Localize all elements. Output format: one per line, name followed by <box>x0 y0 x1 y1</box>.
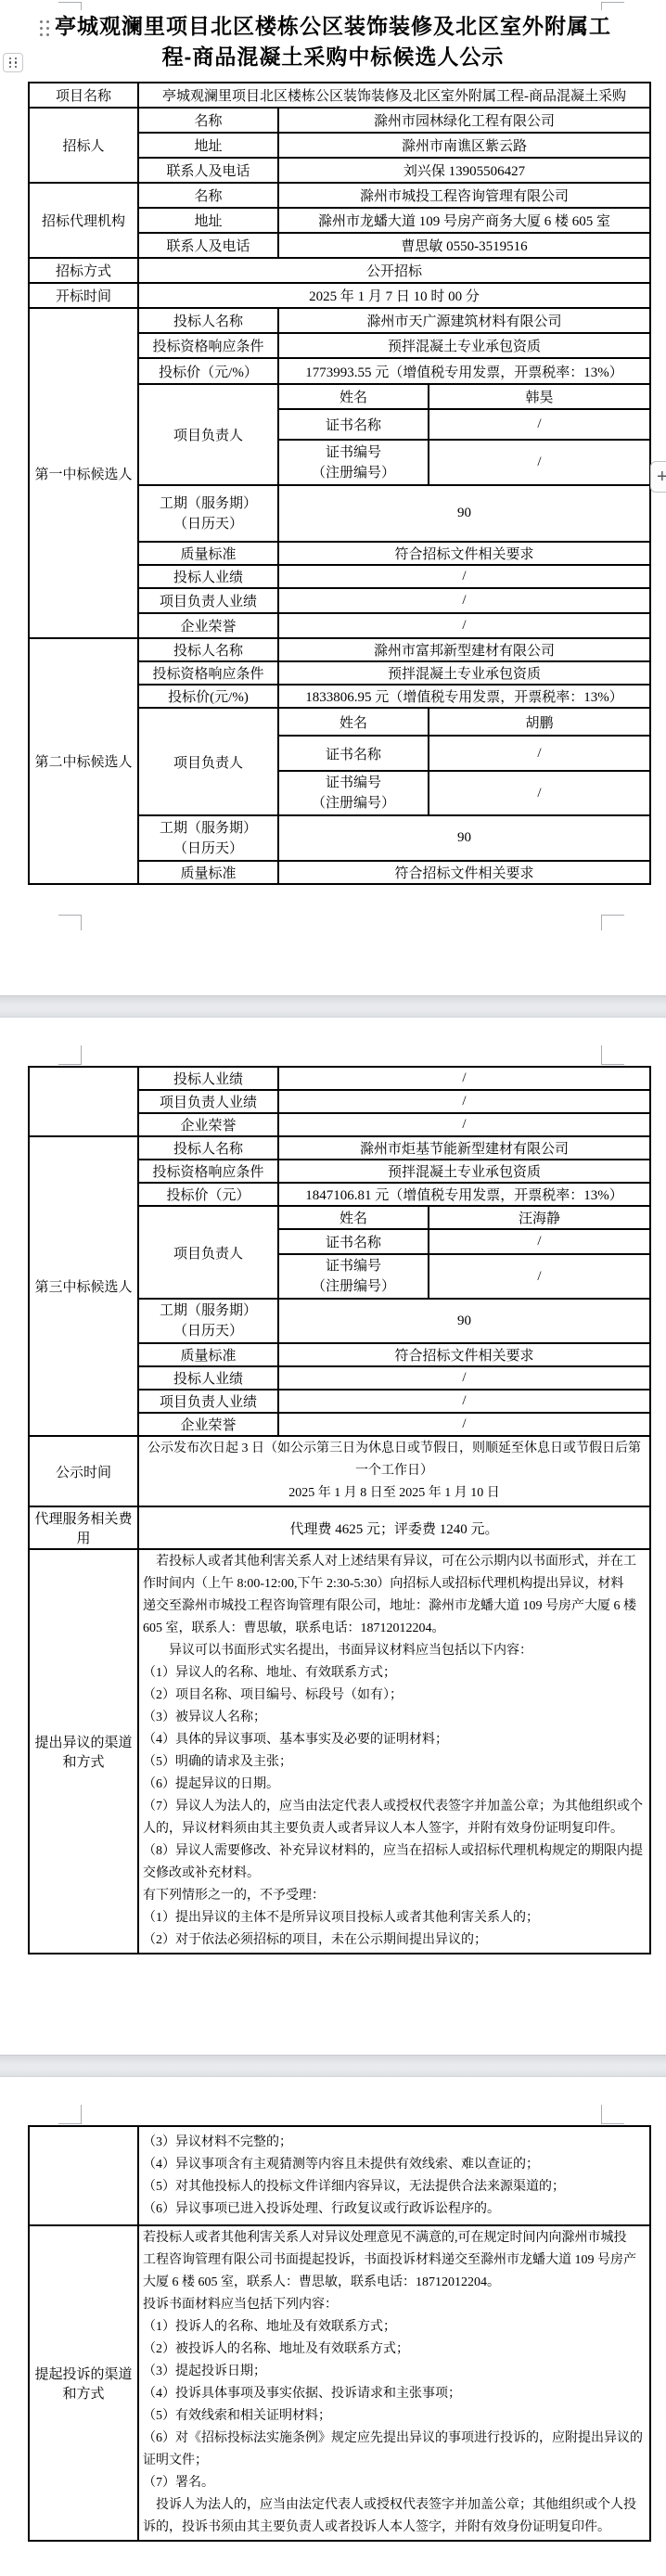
announcement-table-page2: 投标人业绩/项目负责人业绩/企业荣誉/第三中标候选人投标人名称滁州市炬基节能新型… <box>28 1066 651 1954</box>
value-cell: 滁州市园林绿化工程有限公司 <box>278 108 650 133</box>
value-cell: 90 <box>278 485 650 542</box>
label-complaint-channel: 提起投诉的渠道和方式 <box>29 2225 138 2541</box>
text-line: 若投标人或者其他利害关系人对上述结果有异议，可在公示期内以书面形式，并在工 <box>143 1551 646 1573</box>
row-label: 项目负责人 <box>138 708 278 815</box>
table-row: 公示时间公示发布次日起 3 日（如公示第三日为休息日或节假日，则顺延至休息日或节… <box>29 1436 650 1506</box>
text-line: 作时间内（上午 8:00-12:00,下午 2:30-5:30）向招标人或招标代… <box>143 1573 646 1596</box>
table-row: 第三中标候选人投标人名称滁州市炬基节能新型建材有限公司 <box>29 1136 650 1160</box>
text-line: （1）投诉人的名称、地址及有效联系方式； <box>143 2316 646 2339</box>
text-line: （3）异议材料不完整的； <box>143 2132 646 2154</box>
margin-corner-mark <box>601 2105 624 2124</box>
row-label: 招标方式 <box>29 258 138 283</box>
row-label: 投标人业绩 <box>138 1067 278 1090</box>
value-cell: / <box>429 736 650 771</box>
text-line: 公示发布次日起 3 日（如公示第三日为休息日或节假日，则顺延至休息日或节假日后第 <box>143 1438 646 1460</box>
text-line: （5）对其他投标人的投标文件详细内容异议，无法提供合法来源渠道的； <box>143 2176 646 2198</box>
row-label: 质量标准 <box>138 861 278 884</box>
value-cell: 90 <box>278 1299 650 1343</box>
row-label: 投标人业绩 <box>138 1366 278 1390</box>
label-agency: 招标代理机构 <box>29 183 138 258</box>
value-cell: 滁州市天广源建筑材料有限公司 <box>278 308 650 333</box>
margin-corner-mark <box>58 2 82 10</box>
value-cell: / <box>278 1090 650 1113</box>
text-line: 证书编号 <box>283 442 424 463</box>
text-line: 若投标人或者其他利害关系人对异议处理意见不满意的,可在规定时间内向滁州市城投 <box>143 2227 646 2249</box>
text-line: （日历天） <box>143 514 274 534</box>
row-label: 地址 <box>138 133 278 158</box>
label-third-candidate: 第三中标候选人 <box>29 1136 138 1436</box>
table-drag-handle-icon[interactable] <box>3 53 23 72</box>
table-row: 项目名称亭城观澜里项目北区楼栋公区装饰装修及北区室外附属工程-商品混凝土采购 <box>29 83 650 108</box>
value-cell: 符合招标文件相关要求 <box>278 1343 650 1366</box>
row-label: 质量标准 <box>138 1343 278 1366</box>
text-line: （4）投诉具体事项及事实依据、投诉请求和主张事项； <box>143 2383 646 2405</box>
page-separator <box>0 2055 666 2077</box>
text-line: （日历天） <box>143 839 274 859</box>
value-cell: / <box>278 1113 650 1136</box>
value-cell: 预拌混凝土专业承包资质 <box>278 333 650 358</box>
value-cell: 汪海静 <box>429 1206 650 1229</box>
row-label: 投标价（元） <box>138 1183 278 1206</box>
text-objection-channel: 若投标人或者其他利害关系人对上述结果有异议，可在公示期内以书面形式，并在工作时间… <box>138 1549 650 1954</box>
text-line: （2）项目名称、项目编号、标段号（如有）； <box>143 1685 646 1707</box>
row-label: 投标人名称 <box>138 1136 278 1160</box>
value-cell: 滁州市炬基节能新型建材有限公司 <box>278 1136 650 1160</box>
value-publicity-period: 公示发布次日起 3 日（如公示第三日为休息日或节假日，则顺延至休息日或节假日后第… <box>138 1436 650 1506</box>
text-line: 工程咨询管理有限公司书面提起投诉，书面投诉材料递交至滁州市龙蟠大道 109 号房… <box>143 2249 646 2272</box>
text-line: （7）异议人为法人的，应当由法定代表人或授权代表签字并加盖公章；为其他组织或个 <box>143 1796 646 1818</box>
value-cell: / <box>429 771 650 815</box>
value-project-name: 亭城观澜里项目北区楼栋公区装饰装修及北区室外附属工程-商品混凝土采购 <box>138 83 650 108</box>
row-label: 投标资格响应条件 <box>138 661 278 685</box>
text-line: （2）被投诉人的名称、地址及有效联系方式； <box>143 2339 646 2361</box>
row-label: 项目负责人业绩 <box>138 588 278 613</box>
six-dots-grip-icon <box>9 58 18 69</box>
label-project-name: 项目名称 <box>29 83 138 108</box>
value-cell: 刘兴保 13905506427 <box>278 158 650 183</box>
row-label: 投标人名称 <box>138 638 278 661</box>
value-cell: / <box>429 1254 650 1299</box>
row-label: 联系人及电话 <box>138 158 278 183</box>
value-cell: 2025 年 1 月 7 日 10 时 00 分 <box>138 283 650 308</box>
row-label: 开标时间 <box>29 283 138 308</box>
row-label: 名称 <box>138 183 278 208</box>
row-label: 投标资格响应条件 <box>138 1160 278 1183</box>
row-label: 投标价（元/%） <box>138 358 278 384</box>
text-line: 异议可以书面形式实名提出，书面异议材料应当包括以下内容： <box>143 1640 646 1662</box>
table-row: 开标时间2025 年 1 月 7 日 10 时 00 分 <box>29 283 650 308</box>
row-label: 项目负责人 <box>138 1206 278 1299</box>
row-label: 工期（服务期）（日历天） <box>138 485 278 542</box>
plus-icon: + <box>657 467 666 488</box>
text-line: 工期（服务期） <box>143 1301 274 1321</box>
value-cell: / <box>278 588 650 613</box>
value-cell: / <box>278 1067 650 1090</box>
continuation-cell <box>29 2126 138 2225</box>
row-label: 证书编号（注册编号） <box>278 440 429 485</box>
table-row: 提起投诉的渠道和方式若投标人或者其他利害关系人对异议处理意见不满意的,可在规定时… <box>29 2225 650 2541</box>
margin-corner-mark <box>58 1045 82 1065</box>
add-row-button[interactable]: + <box>650 461 666 493</box>
text-line: （3）提起投诉日期； <box>143 2361 646 2383</box>
margin-corner-mark <box>601 1045 624 1065</box>
value-cell: 公开招标 <box>138 258 650 283</box>
label-objection-channel: 提出异议的渠道和方式 <box>29 1549 138 1954</box>
value-agency-fee: 代理费 4625 元；评委费 1240 元。 <box>138 1506 650 1549</box>
row-label: 证书编号（注册编号） <box>278 771 429 815</box>
row-label: 企业荣誉 <box>138 1413 278 1436</box>
value-cell: 滁州市龙蟠大道 109 号房产商务大厦 6 楼 605 室 <box>278 208 650 233</box>
row-label: 企业荣誉 <box>138 1113 278 1136</box>
page-separator <box>0 995 666 1018</box>
value-cell: 滁州市城投工程咨询管理有限公司 <box>278 183 650 208</box>
row-label: 投标价(元/%) <box>138 685 278 708</box>
row-label: 姓名 <box>278 708 429 736</box>
row-label: 项目负责人业绩 <box>138 1090 278 1113</box>
table-row: （3）异议材料不完整的；（4）异议事项含有主观猜测等内容且未提供有效线索、难以查… <box>29 2126 650 2225</box>
row-label: 工期（服务期）（日历天） <box>138 815 278 861</box>
document-page-2: 投标人业绩/项目负责人业绩/企业荣誉/第三中标候选人投标人名称滁州市炬基节能新型… <box>0 1018 666 2055</box>
value-cell: / <box>278 1390 650 1413</box>
row-label: 联系人及电话 <box>138 233 278 258</box>
text-line: （6）对《招标投标法实施条例》规定应先提出异议的事项进行投诉的，应附提出异议的 <box>143 2428 646 2450</box>
value-cell: 1833806.95 元（增值税专用发票，开票税率：13%） <box>278 685 650 708</box>
text-line: 2025 年 1 月 8 日至 2025 年 1 月 10 日 <box>143 1482 646 1505</box>
label-tenderer: 招标人 <box>29 108 138 183</box>
value-cell: 滁州市富邦新型建材有限公司 <box>278 638 650 661</box>
value-cell: / <box>278 565 650 588</box>
row-label: 证书编号（注册编号） <box>278 1254 429 1299</box>
value-cell: / <box>429 409 650 440</box>
table-row: 第二中标候选人投标人名称滁州市富邦新型建材有限公司 <box>29 638 650 661</box>
value-cell: / <box>278 613 650 638</box>
text-line: 人的，异议材料须由其主要负责人或者异议人本人签字，并附有效身份证明复印件。 <box>143 1818 646 1840</box>
table-row: 代理服务相关费用代理费 4625 元；评委费 1240 元。 <box>29 1506 650 1549</box>
margin-corner-mark <box>601 2 624 10</box>
text-line: （6）提起异议的日期。 <box>143 1774 646 1796</box>
text-line: （5）明确的请求及主张； <box>143 1751 646 1774</box>
row-label: 投标资格响应条件 <box>138 333 278 358</box>
value-cell: / <box>429 1229 650 1254</box>
announcement-table-page3: （3）异议材料不完整的；（4）异议事项含有主观猜测等内容且未提供有效线索、难以查… <box>28 2125 651 2542</box>
text-line: （5）有效线索和相关证明材料； <box>143 2405 646 2428</box>
text-line: 工期（服务期） <box>143 818 274 839</box>
row-label: 姓名 <box>278 384 429 409</box>
text-line: （8）异议人需要修改、补充异议材料的，应当在招标人或招标代理机构规定的期限内提 <box>143 1840 646 1863</box>
value-cell: / <box>429 440 650 485</box>
text-line: （日历天） <box>143 1321 274 1341</box>
label-agency-fee: 代理服务相关费用 <box>29 1506 138 1549</box>
text-line: 诉的，投诉书须由其主要负责人或者投诉人本人签字，并附有效身份证明复印件。 <box>143 2517 646 2539</box>
margin-corner-mark <box>601 915 624 930</box>
text-line: （4）异议事项含有主观猜测等内容且未提供有效线索、难以查证的； <box>143 2154 646 2176</box>
table-row: 招标方式公开招标 <box>29 258 650 283</box>
page-title: 亭城观澜里项目北区楼栋公区装饰装修及北区室外附属工 程-商品混凝土采购中标候选人… <box>55 11 611 72</box>
text-line: 工期（服务期） <box>143 493 274 514</box>
text-line: （注册编号） <box>283 793 424 814</box>
text-line: （6）异议事项已进入投诉处理、行政复议或行政诉讼程序的。 <box>143 2198 646 2221</box>
text-line: （3）被异议人名称； <box>143 1707 646 1729</box>
text-line: 证明文件； <box>143 2450 646 2472</box>
table-row: 投标人业绩/ <box>29 1067 650 1090</box>
value-cell: / <box>278 1413 650 1436</box>
text-objection-channel-cont: （3）异议材料不完整的；（4）异议事项含有主观猜测等内容且未提供有效线索、难以查… <box>138 2126 650 2225</box>
margin-corner-mark <box>58 2105 82 2124</box>
table-row: 招标人名称滁州市园林绿化工程有限公司 <box>29 108 650 133</box>
text-line: （注册编号） <box>283 1276 424 1297</box>
value-cell: 90 <box>278 815 650 861</box>
paragraph-drag-handle-icon[interactable] <box>40 20 49 36</box>
row-label: 质量标准 <box>138 542 278 565</box>
text-line: （1）异议人的名称、地址、有效联系方式； <box>143 1662 646 1685</box>
label-publicity-period: 公示时间 <box>29 1436 138 1506</box>
page-title-line: 亭城观澜里项目北区楼栋公区装饰装修及北区室外附属工 <box>55 11 611 42</box>
value-cell: 韩昊 <box>429 384 650 409</box>
continuation-cell <box>29 1067 138 1136</box>
row-label: 工期（服务期）（日历天） <box>138 1299 278 1343</box>
text-line: 交修改或补充材料。 <box>143 1863 646 1885</box>
value-cell: / <box>278 1366 650 1390</box>
label-second-candidate: 第二中标候选人 <box>29 638 138 884</box>
row-label: 名称 <box>138 108 278 133</box>
text-line: （7）署名。 <box>143 2472 646 2494</box>
text-line: 一个工作日） <box>143 1460 646 1482</box>
margin-corner-mark <box>58 915 82 930</box>
text-line: （注册编号） <box>283 463 424 483</box>
row-label: 姓名 <box>278 1206 429 1229</box>
row-label: 投标人名称 <box>138 308 278 333</box>
announcement-table-page1: 项目名称亭城观澜里项目北区楼栋公区装饰装修及北区室外附属工程-商品混凝土采购招标… <box>28 82 651 885</box>
text-line: 投诉书面材料应当包括下列内容： <box>143 2294 646 2316</box>
table-row: 提出异议的渠道和方式 若投标人或者其他利害关系人对上述结果有异议，可在公示期内以… <box>29 1549 650 1954</box>
row-label: 投标人业绩 <box>138 565 278 588</box>
text-complaint-channel: 若投标人或者其他利害关系人对异议处理意见不满意的,可在规定时间内向滁州市城投工程… <box>138 2225 650 2541</box>
value-cell: 滁州市南谯区紫云路 <box>278 133 650 158</box>
row-label: 项目负责人 <box>138 384 278 485</box>
text-line: 大厦 6 楼 605 室，联系人：曹思敏，联系电话：18712012204。 <box>143 2272 646 2294</box>
row-label: 地址 <box>138 208 278 233</box>
text-line: 投诉人为法人的，应当由法定代表人或授权代表签字并加盖公章；其他组织或个人投 <box>143 2494 646 2517</box>
value-cell: 胡鹏 <box>429 708 650 736</box>
row-label: 证书名称 <box>278 736 429 771</box>
text-line: 有下列情形之一的，不予受理： <box>143 1885 646 1907</box>
label-first-candidate: 第一中标候选人 <box>29 308 138 638</box>
text-line: 605 室，联系人：曹思敏，联系电话：18712012204。 <box>143 1618 646 1640</box>
value-cell: 预拌混凝土专业承包资质 <box>278 661 650 685</box>
text-line: （1）提出异议的主体不是所异议项目投标人或者其他利害关系人的； <box>143 1907 646 1929</box>
value-cell: 1773993.55 元（增值税专用发票，开票税率：13%） <box>278 358 650 384</box>
text-line: 证书编号 <box>283 773 424 793</box>
table-row: 招标代理机构名称滁州市城投工程咨询管理有限公司 <box>29 183 650 208</box>
document-page-3: （3）异议材料不完整的；（4）异议事项含有主观猜测等内容且未提供有效线索、难以查… <box>0 2077 666 2576</box>
row-label: 企业荣誉 <box>138 613 278 638</box>
value-cell: 符合招标文件相关要求 <box>278 542 650 565</box>
text-line: （4）具体的异议事项、基本事实及必要的证明材料； <box>143 1729 646 1751</box>
value-cell: 符合招标文件相关要求 <box>278 861 650 884</box>
row-label: 证书名称 <box>278 409 429 440</box>
text-line: 递交至滁州市城投工程咨询管理有限公司，地址：滁州市龙蟠大道 109 号房产大厦 … <box>143 1596 646 1618</box>
value-cell: 曹思敏 0550-3519516 <box>278 233 650 258</box>
row-label: 项目负责人业绩 <box>138 1390 278 1413</box>
text-line: （2）对于依法必须招标的项目，未在公示期间提出异议的； <box>143 1929 646 1952</box>
page-title-line: 程-商品混凝土采购中标候选人公示 <box>55 42 611 72</box>
row-label: 证书名称 <box>278 1229 429 1254</box>
table-row: 第一中标候选人投标人名称滁州市天广源建筑材料有限公司 <box>29 308 650 333</box>
text-line: 证书编号 <box>283 1256 424 1276</box>
document-page-1: 亭城观澜里项目北区楼栋公区装饰装修及北区室外附属工 程-商品混凝土采购中标候选人… <box>0 0 666 995</box>
value-cell: 预拌混凝土专业承包资质 <box>278 1160 650 1183</box>
value-cell: 1847106.81 元（增值税专用发票，开票税率：13%） <box>278 1183 650 1206</box>
